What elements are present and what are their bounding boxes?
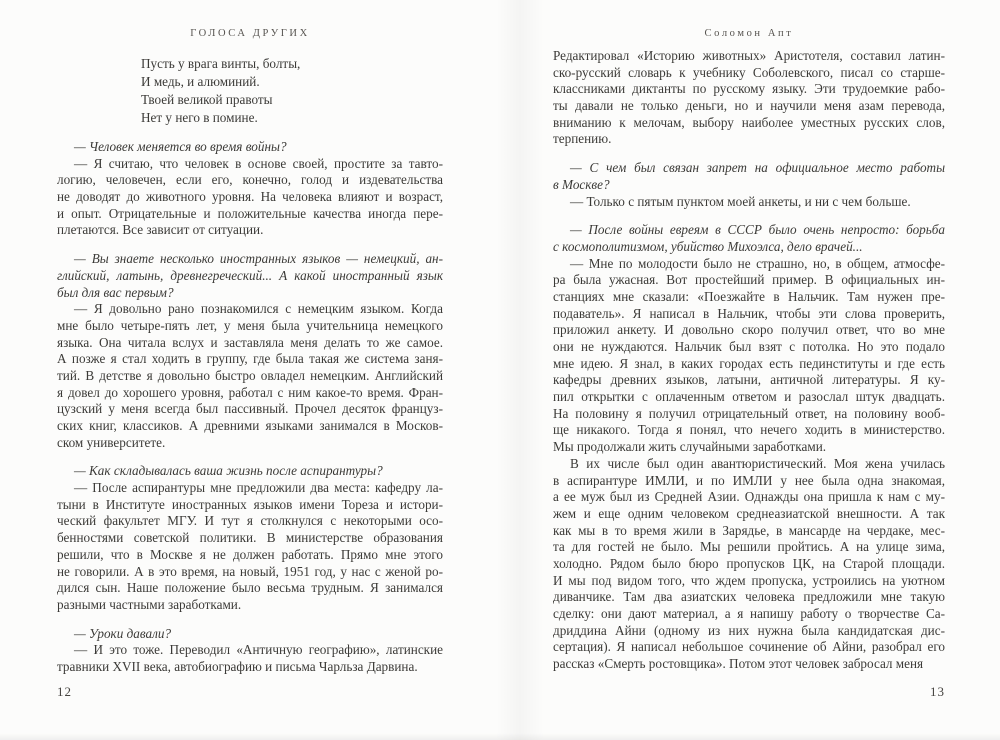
paragraph-question: — Уроки давали? bbox=[57, 626, 443, 643]
text-line: А позже я стал ходить в группу, где была… bbox=[57, 351, 443, 368]
paragraph-answer: — Я довольно рано познакомился с немецки… bbox=[57, 301, 443, 451]
text-line: травники XVII века, автобиографию и пись… bbox=[57, 659, 443, 676]
text-line: Редактировал «Историю животных» Аристоте… bbox=[553, 48, 945, 65]
text-line: бенностями советской политики. В министе… bbox=[57, 530, 443, 547]
text-line: — Я довольно рано познакомился с немецки… bbox=[57, 301, 443, 318]
text-line: ты давали не только деньги, но и научили… bbox=[553, 98, 945, 115]
running-header-left: ГОЛОСА ДРУГИХ bbox=[57, 28, 443, 40]
page-number-left: 12 bbox=[57, 684, 72, 699]
text-line: они не нуждаются. Нальчик был взят с пот… bbox=[553, 339, 945, 356]
text-line: та для гостей не было. Мы решили пройтис… bbox=[553, 539, 945, 556]
text-line: а ее муж был из Средней Азии. Однажды он… bbox=[553, 489, 945, 506]
poem-line: И медь, и алюминий. bbox=[141, 73, 443, 91]
text-line: Мы продолжали жить случайными заработкам… bbox=[553, 439, 945, 456]
text-line: тыни в Институте иностранных языков имен… bbox=[57, 497, 443, 514]
paragraph-question: — Человек меняется во время войны? bbox=[57, 139, 443, 156]
text-line: — После войны евреям в СССР было очень н… bbox=[553, 222, 945, 239]
text-line: — Как складывалась ваша жизнь после аспи… bbox=[57, 463, 443, 480]
right-page-text: Редактировал «Историю животных» Аристоте… bbox=[553, 48, 945, 673]
text-line: в аспирантуре ИМЛИ, и по ИМЛИ у нее была… bbox=[553, 473, 945, 490]
text-line: — Человек меняется во время войны? bbox=[57, 139, 443, 156]
paragraph-answer: — Только с пятым пунктом моей анкеты, и … bbox=[553, 194, 945, 211]
text-line: логию, человечен, если его, конечно, гол… bbox=[57, 172, 443, 189]
text-line: классниками диктанты по русскому языку. … bbox=[553, 81, 945, 98]
text-line: В их числе был один авантюристический. М… bbox=[553, 456, 945, 473]
paragraph-question: — После войны евреям в СССР было очень н… bbox=[553, 222, 945, 255]
text-line: приложил анкету. И довольно скоро получи… bbox=[553, 322, 945, 339]
text-line: И мы под видом того, что ждем пропуска, … bbox=[553, 573, 945, 590]
running-header-right: Соломон Апт bbox=[553, 28, 945, 40]
text-line: мне идею. Я знал, в каких городах есть п… bbox=[553, 356, 945, 373]
left-page: ГОЛОСА ДРУГИХ Пусть у врага винты, болты… bbox=[57, 28, 443, 676]
text-line: — И это тоже. Переводил «Античную геогра… bbox=[57, 642, 443, 659]
text-line: подаватель». Я написал в Нальчик, чтобы … bbox=[553, 306, 945, 323]
text-line: был для вас первым? bbox=[57, 285, 443, 302]
paragraph-answer: — И это тоже. Переводил «Античную геогра… bbox=[57, 642, 443, 675]
text-line: ских книг, классиков. А древними языками… bbox=[57, 418, 443, 435]
text-line: — После аспирантуры мне предложили два м… bbox=[57, 480, 443, 497]
paragraph-answer: — Мне по молодости было не страшно, но, … bbox=[553, 256, 945, 456]
text-line: холодно. Рядом было бюро пропусков ЦК, н… bbox=[553, 556, 945, 573]
text-line: цузский у меня всегда был пассивный. Про… bbox=[57, 401, 443, 418]
scan-bottom-edge bbox=[0, 733, 1000, 740]
text-line: станциях мне сказали: «Поезжайте в Нальч… bbox=[553, 289, 945, 306]
text-line: с космополитизмом, убийство Михоэлса, де… bbox=[553, 239, 945, 256]
paragraph-answer: — После аспирантуры мне предложили два м… bbox=[57, 480, 443, 614]
left-page-text: Пусть у врага винты, болты,И медь, и алю… bbox=[57, 55, 443, 676]
text-line: — С чем был связан запрет на официальное… bbox=[553, 160, 945, 177]
right-page: Соломон Апт Редактировал «Историю животн… bbox=[553, 28, 945, 673]
paragraph-plain: В их числе был один авантюристический. М… bbox=[553, 456, 945, 673]
text-line: сертация). Я написал небольшое сочинение… bbox=[553, 639, 945, 656]
text-line: терпению. bbox=[553, 131, 945, 148]
text-line: рассказ «Смерть ростовщика». Потом этот … bbox=[553, 656, 945, 673]
text-line: тий. В детстве я довольно быстро овладел… bbox=[57, 368, 443, 385]
text-line: жем и еще одним человеком среднеазиатско… bbox=[553, 506, 945, 523]
text-line: в Москве? bbox=[553, 177, 945, 194]
text-line: не доводят до животного уровня. На челов… bbox=[57, 189, 443, 206]
text-line: — Я считаю, что человек в основе своей, … bbox=[57, 156, 443, 173]
text-line: глийский, латынь, древнегреческий... А к… bbox=[57, 268, 443, 285]
text-line: мне было четыре-пять лет, у меня была уч… bbox=[57, 318, 443, 335]
paragraph-question: — С чем был связан запрет на официальное… bbox=[553, 160, 945, 193]
text-line: сделку: они дают материал, а я напишу ра… bbox=[553, 606, 945, 623]
poem-line: Твоей великой правоты bbox=[141, 91, 443, 109]
poem-line: Пусть у врага винты, болты, bbox=[141, 55, 443, 73]
text-line: языка. Она читала вслух и заставляла мен… bbox=[57, 335, 443, 352]
text-line: ще никакого. Тогда я понял, что нечего х… bbox=[553, 422, 945, 439]
text-line: разными частными заработками. bbox=[57, 597, 443, 614]
text-line: ра была ужасная. Вот простейший пример. … bbox=[553, 272, 945, 289]
text-line: — Вы знаете несколько иностранных языков… bbox=[57, 251, 443, 268]
paragraph-poem: Пусть у врага винты, болты,И медь, и алю… bbox=[141, 55, 443, 127]
text-line: как мы в то время жили в Зарядье, в манс… bbox=[553, 523, 945, 540]
text-line: — Только с пятым пунктом моей анкеты, и … bbox=[553, 194, 945, 211]
text-line: плетаются. Все зависит от ситуации. bbox=[57, 222, 443, 239]
text-line: диванчике. Там два азиатских человека пр… bbox=[553, 589, 945, 606]
text-line: не говорили. А в это время, на новый, 19… bbox=[57, 564, 443, 581]
text-line: дился сын. Наше положение было весьма тр… bbox=[57, 580, 443, 597]
paragraph-question: — Как складывалась ваша жизнь после аспи… bbox=[57, 463, 443, 480]
text-line: я довел до хорошего уровня, работал с ни… bbox=[57, 385, 443, 402]
text-line: пил открытки с оплаченным ответом и разо… bbox=[553, 389, 945, 406]
page-number-right: 13 bbox=[553, 684, 945, 699]
text-line: — Мне по молодости было не страшно, но, … bbox=[553, 256, 945, 273]
page-gutter-shadow bbox=[496, 0, 544, 740]
text-line: вниманию к мелочам, выбору наиболее умес… bbox=[553, 115, 945, 132]
text-line: решили, что в Москве я не должен работат… bbox=[57, 547, 443, 564]
text-line: На половину я получил отрицательный отве… bbox=[553, 406, 945, 423]
text-line: кафедры древних языков, латыни, античной… bbox=[553, 372, 945, 389]
paragraph-opening: Редактировал «Историю животных» Аристоте… bbox=[553, 48, 945, 148]
text-line: — Уроки давали? bbox=[57, 626, 443, 643]
text-line: дриддина Айни (одному из них нужна была … bbox=[553, 623, 945, 640]
text-line: ско-русский словарь к учебнику Соболевск… bbox=[553, 65, 945, 82]
text-line: и опыт. Отрицательные и положительные ка… bbox=[57, 206, 443, 223]
paragraph-question: — Вы знаете несколько иностранных языков… bbox=[57, 251, 443, 301]
text-line: ческий факультет МГУ. И тут я столкнулся… bbox=[57, 513, 443, 530]
poem-line: Нет у него в помине. bbox=[141, 109, 443, 127]
book-scan: { "colors": { "paper": "#fcfcfb", "ink":… bbox=[0, 0, 1000, 740]
text-line: ском университете. bbox=[57, 435, 443, 452]
paragraph-answer: — Я считаю, что человек в основе своей, … bbox=[57, 156, 443, 239]
